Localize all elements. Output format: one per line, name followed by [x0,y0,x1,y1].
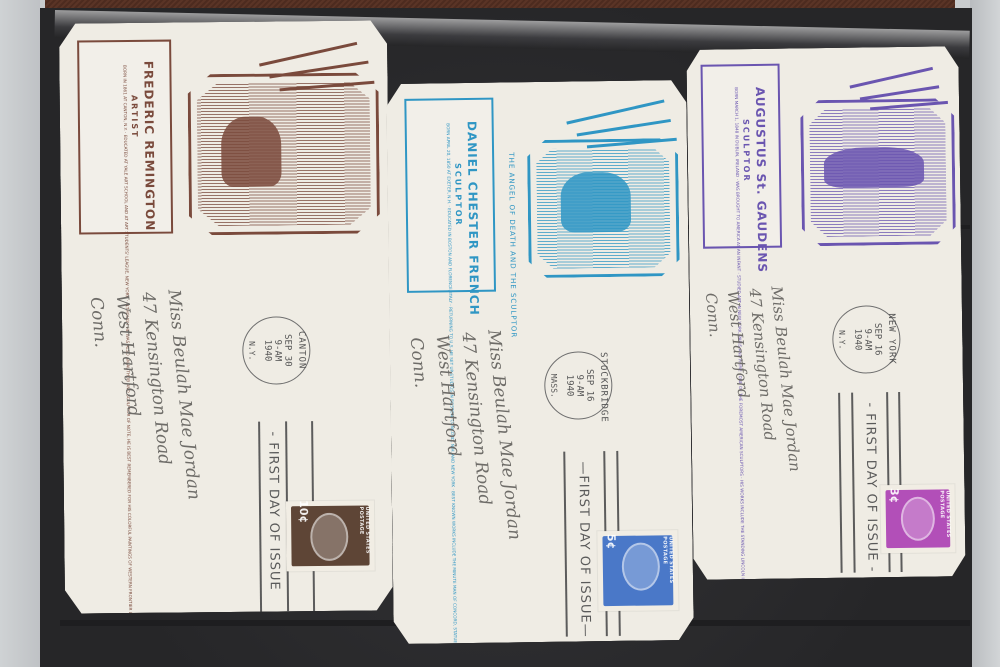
handwritten-address: Miss Beulah Mae Jordan 47 Kensington Roa… [700,285,806,479]
honoree-bio: BORN IN 1861 AT CANTON, N.Y. · EDUCATED … [91,65,129,215]
first-day-slogan: - FIRST DAY OF ISSUE - [862,402,879,572]
honoree-role: SCULPTOR [453,163,463,227]
postmark-time: 9-AM [574,352,585,418]
stamp-country: UNITED STATES POSTAGE [358,507,371,571]
stamp-denomination: 10¢ [297,500,310,523]
stamp-country: UNITED STATES POSTAGE [661,536,674,610]
cachet-frame [527,138,680,278]
honoree-bio: BORN APRIL 20, 1850 AT EXETER, N.H. · ED… [417,123,453,273]
honoree-name: FREDERIC REMINGTON [141,61,157,232]
cover-remington[interactable]: FREDERIC REMINGTON ARTIST BORN IN 1861 A… [59,20,393,613]
postmark-time: 9-AM [862,306,873,372]
honoree-name: AUGUSTUS St. GAUDENS [753,87,770,273]
postmark-city: CANTON [296,317,307,383]
handwritten-address: Miss Beulah Mae Jordan 47 Kensington Roa… [403,328,528,549]
postmark-year: 1940 [852,306,863,372]
cancel-line [258,422,261,612]
cancel-line [838,393,842,573]
cachet-caption: THE ANGEL OF DEATH AND THE SCULPTOR [507,152,518,338]
honoree-role: SCULPTOR [741,119,751,183]
postmark-city: STOCKBRIDGE [598,352,609,418]
stamp-portrait [310,513,349,561]
cover-saint-gaudens[interactable]: AUGUSTUS St. GAUDENS SCULPTOR BORN MARCH… [686,46,965,580]
paint-brush [566,99,664,124]
postmark: CANTON SEP 30 9-AM 1940 N.Y. [242,316,311,385]
handwritten-address: Miss Beulah Mae Jordan 47 Kensington Roa… [83,288,207,508]
stamp-denomination: 3¢ [888,488,901,503]
honoree-role: ARTIST [130,95,139,139]
cover-french[interactable]: DANIEL CHESTER FRENCH SCULPTOR BORN APRI… [386,80,694,644]
honoree-name: DANIEL CHESTER FRENCH [465,121,482,316]
cachet: FREDERIC REMINGTON ARTIST BORN IN 1861 A… [69,32,381,245]
postmark-date: SEP 16 [872,306,883,372]
postmark-state: N.Y. [247,318,257,384]
background-left [0,0,40,667]
stamp-5c: UNITED STATES POSTAGE 5¢ [597,530,678,611]
angel-sculptor-figure [560,172,631,233]
stamp-country: UNITED STATES POSTAGE [938,490,951,552]
paint-brush [850,67,934,89]
stamp-denomination: 5¢ [605,534,618,549]
horse-rider-figure [221,116,282,187]
postmark-year: 1940 [564,353,575,419]
honoree-bio: BORN MARCH 1, 1848 IN DUBLIN, IRELAND · … [709,87,741,237]
paint-brush [860,85,940,100]
cachet: AUGUSTUS St. GAUDENS SCULPTOR BORN MARCH… [694,56,957,260]
cancel-line [851,393,855,573]
statue-figure [824,147,925,188]
background-right [970,0,1000,667]
stamp-portrait [901,497,936,541]
stamp-3c: UNITED STATES POSTAGE 3¢ [880,484,955,553]
cachet-frame [187,72,380,235]
postmark-year: 1940 [262,318,273,384]
paint-brush [259,42,357,67]
postmark: STOCKBRIDGE SEP 16 9-AM 1940 MASS. [544,351,613,420]
first-day-slogan: - FIRST DAY OF ISSUE [265,431,282,590]
postmark-date: SEP 16 [584,352,595,418]
stamp-10c: UNITED STATES POSTAGE 10¢ [286,500,375,571]
postmark-time: 9-AM [272,317,283,383]
postmark-state: MASS. [549,353,559,419]
paint-brush [577,119,671,136]
cancel-line [563,452,567,637]
stamp-portrait [622,542,661,591]
first-day-slogan: —FIRST DAY OF ISSUE— [575,461,592,638]
postmark: NEW YORK SEP 16 9-AM 1940 N.Y. [832,305,901,374]
postmark-state: N.Y. [837,307,847,373]
cachet: DANIEL CHESTER FRENCH SCULPTOR BORN APRI… [396,90,684,304]
postmark-date: SEP 30 [282,317,293,383]
postmark-city: NEW YORK [886,306,897,372]
cachet-frame [800,98,956,246]
